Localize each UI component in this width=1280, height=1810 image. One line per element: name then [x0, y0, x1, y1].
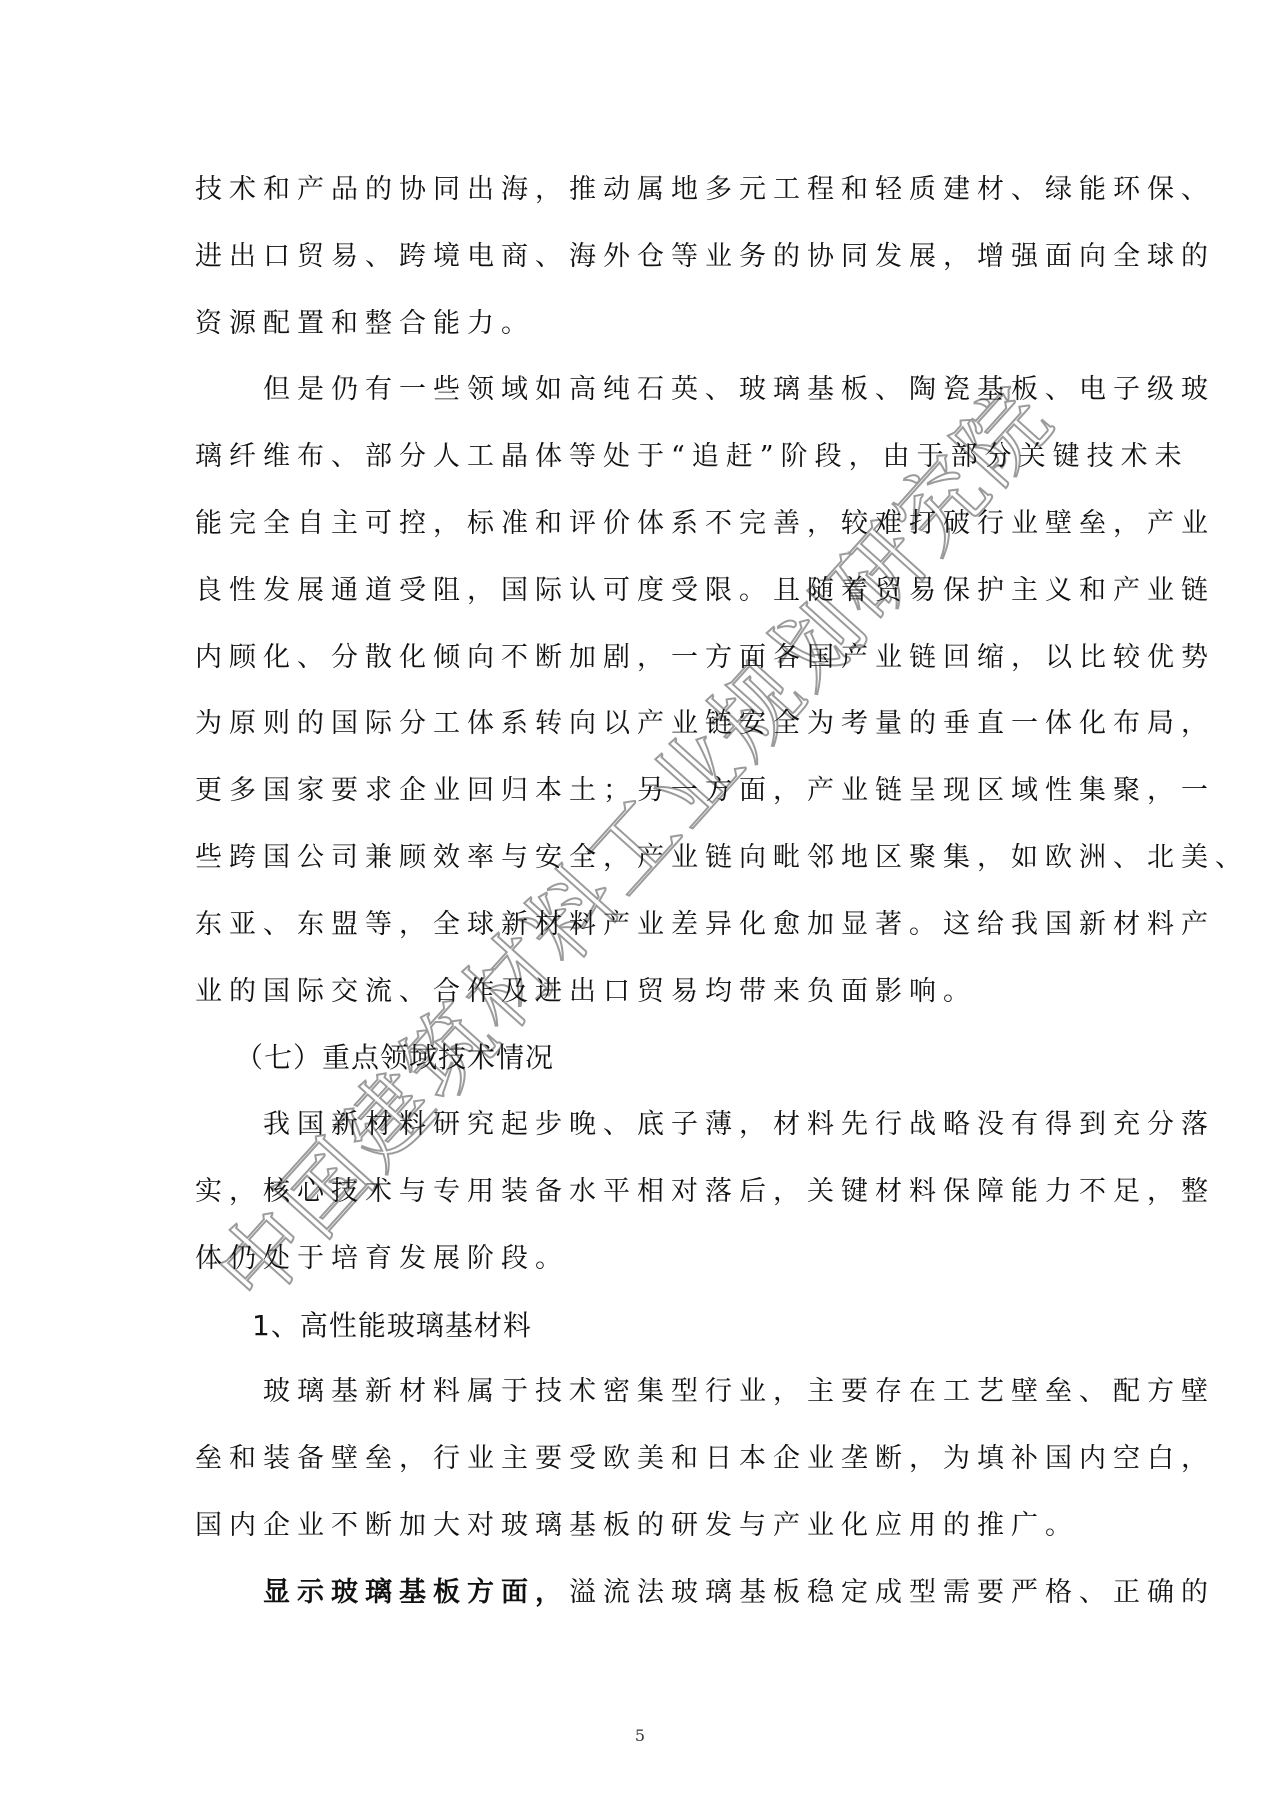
- paragraph-5: 显示玻璃基板方面，溢流法玻璃基板稳定成型需要严格、正确的: [195, 1560, 1087, 1627]
- text-line: 国内企业不断加大对玻璃基板的研发与产业化应用的推广。: [195, 1493, 1087, 1560]
- text-line: 垒和装备壁垒，行业主要受欧美和日本企业垄断，为填补国内空白，: [195, 1426, 1087, 1493]
- text-line: 为原则的国际分工体系转向以产业链安全为考量的垂直一体化布局，: [195, 691, 1087, 758]
- text-run: 溢流法玻璃基板稳定成型需要严格、正确的: [569, 1577, 1215, 1608]
- paragraph-3: 我国新材料研究起步晚、底子薄，材料先行战略没有得到充分落 实，核心技术与专用装备…: [195, 1092, 1087, 1292]
- text-line: 能完全自主可控，标准和评价体系不完善，较难打破行业壁垒，产业: [195, 491, 1087, 558]
- text-line: 良性发展通道受阻，国际认可度受限。且随着贸易保护主义和产业链: [195, 558, 1087, 625]
- text-line: 体仍处于培育发展阶段。: [195, 1226, 1087, 1293]
- paragraph-1: 技术和产品的协同出海，推动属地多元工程和轻质建材、绿能环保、 进出口贸易、跨境电…: [195, 157, 1087, 357]
- text-line: 实，核心技术与专用装备水平相对落后，关键材料保障能力不足，整: [195, 1159, 1087, 1226]
- text-line: 进出口贸易、跨境电商、海外仓等业务的协同发展，增强面向全球的: [195, 224, 1087, 291]
- text-line: 东亚、东盟等，全球新材料产业差异化愈加显著。这给我国新材料产: [195, 892, 1087, 959]
- text-line: 内顾化、分散化倾向不断加剧，一方面各国产业链回缩，以比较优势: [195, 625, 1087, 692]
- text-line: 但是仍有一些领域如高纯石英、玻璃基板、陶瓷基板、电子级玻: [195, 357, 1087, 424]
- text-line: 技术和产品的协同出海，推动属地多元工程和轻质建材、绿能环保、: [195, 157, 1087, 224]
- bold-lead-text: 显示玻璃基板方面，: [263, 1577, 569, 1608]
- subsection-heading: 1、高性能玻璃基材料: [195, 1293, 1087, 1360]
- paragraph-4: 玻璃基新材料属于技术密集型行业，主要存在工艺壁垒、配方壁 垒和装备壁垒，行业主要…: [195, 1359, 1087, 1559]
- paragraph-2: 但是仍有一些领域如高纯石英、玻璃基板、陶瓷基板、电子级玻 璃纤维布、部分人工晶体…: [195, 357, 1087, 1025]
- text-line: 更多国家要求企业回归本土；另一方面，产业链呈现区域性集聚，一: [195, 758, 1087, 825]
- page-number: 5: [0, 1726, 1280, 1745]
- text-line: 璃纤维布、部分人工晶体等处于“追赶”阶段，由于部分关键技术未: [195, 424, 1087, 491]
- text-line: 我国新材料研究起步晚、底子薄，材料先行战略没有得到充分落: [195, 1092, 1087, 1159]
- document-page: 中国建筑材料工业规划研究院 技术和产品的协同出海，推动属地多元工程和轻质建材、绿…: [0, 0, 1280, 1810]
- text-line: 业的国际交流、合作及进出口贸易均带来负面影响。: [195, 959, 1087, 1026]
- text-line: 资源配置和整合能力。: [195, 291, 1087, 358]
- document-body: 技术和产品的协同出海，推动属地多元工程和轻质建材、绿能环保、 进出口贸易、跨境电…: [195, 157, 1087, 1627]
- text-line: 显示玻璃基板方面，溢流法玻璃基板稳定成型需要严格、正确的: [195, 1560, 1087, 1627]
- text-line: 些跨国公司兼顾效率与安全，产业链向毗邻地区聚集，如欧洲、北美、: [195, 825, 1087, 892]
- section-heading: （七）重点领域技术情况: [195, 1025, 1087, 1092]
- text-line: 玻璃基新材料属于技术密集型行业，主要存在工艺壁垒、配方壁: [195, 1359, 1087, 1426]
